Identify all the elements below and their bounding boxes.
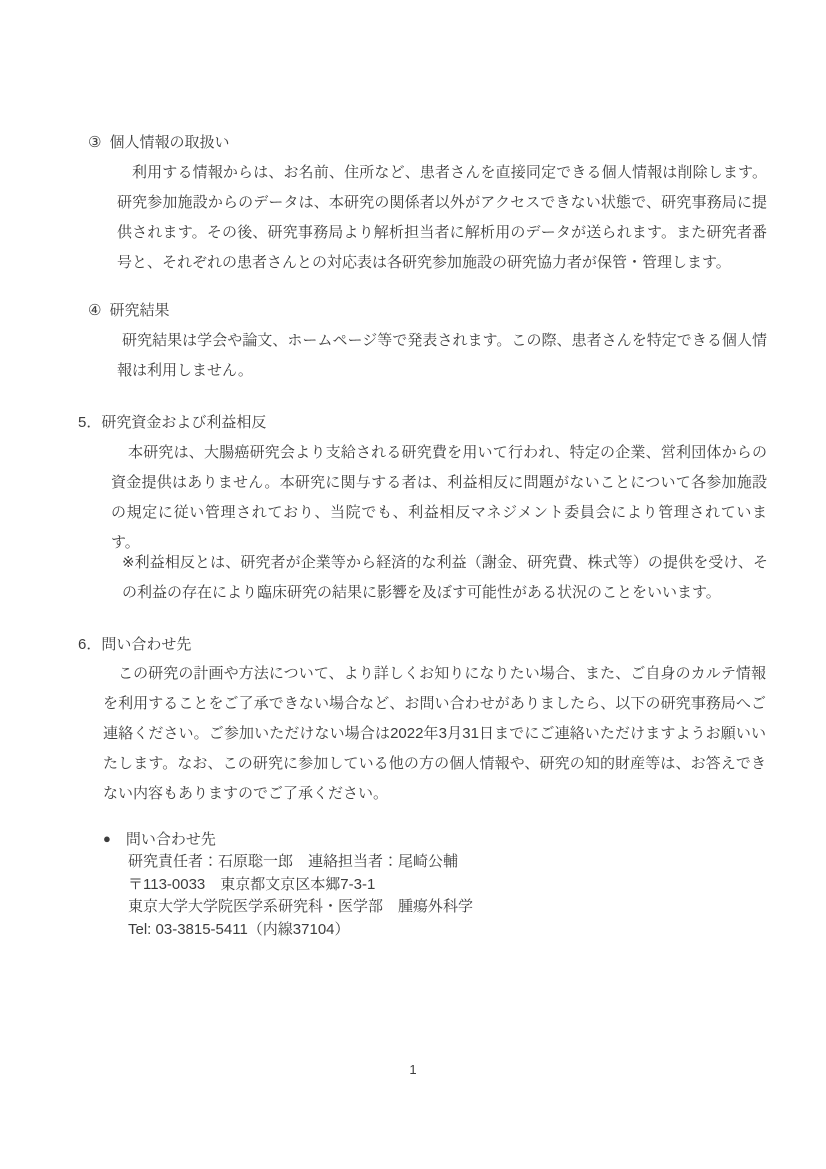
section-funding-title: 研究資金および利益相反 (101, 414, 266, 431)
section-personal-info-marker: ③ (88, 133, 101, 153)
page-number: 1 (0, 1062, 826, 1078)
document-page: ③個人情報の取扱い 利用する情報からは、お名前、住所など、患者さんを直接同定でき… (0, 0, 826, 1169)
section-inquiries-heading: 6．問い合わせ先 (78, 635, 191, 655)
section-personal-info-title: 個人情報の取扱い (109, 134, 229, 151)
section-results-body: 研究結果は学会や論文、ホームページ等で発表されます。この際、患者さんを特定できる… (117, 326, 767, 386)
section-inquiries-body: この研究の計画や方法について、より詳しくお知りになりたい場合、また、ご自身のカル… (103, 659, 766, 809)
section-funding-coi-note: ※利益相反とは、研究者が企業等から経済的な利益（謝金、研究費、株式等）の提供を受… (122, 548, 768, 608)
section-inquiries-title: 問い合わせ先 (101, 636, 191, 653)
section-results-heading: ④研究結果 (88, 301, 169, 321)
contact-line-address: 〒113-0033 東京都文京区本郷7-3-1 (128, 874, 473, 897)
contact-bullet-row: ●問い合わせ先 (103, 828, 216, 851)
section-results-title: 研究結果 (109, 302, 169, 319)
section-inquiries-marker: 6． (78, 636, 101, 653)
section-results-marker: ④ (88, 301, 101, 321)
contact-line-investigator: 研究責任者：石原聡一郎 連絡担当者：尾崎公輔 (128, 851, 473, 874)
bullet-icon: ● (103, 828, 111, 850)
contact-line-institution: 東京大学大学院医学系研究科・医学部 腫瘍外科学 (128, 896, 473, 919)
section-funding-heading: 5．研究資金および利益相反 (78, 413, 266, 433)
contact-block-title: 問い合わせ先 (126, 831, 216, 848)
contact-details: 研究責任者：石原聡一郎 連絡担当者：尾崎公輔 〒113-0033 東京都文京区本… (128, 851, 473, 941)
contact-line-phone: Tel: 03-3815-5411（内線37104） (128, 919, 473, 942)
section-personal-info-body: 利用する情報からは、お名前、住所など、患者さんを直接同定できる個人情報は削除しま… (117, 158, 767, 278)
section-funding-body: 本研究は、大腸癌研究会より支給される研究費を用いて行われ、特定の企業、営利団体か… (111, 438, 767, 558)
section-funding-marker: 5． (78, 414, 101, 431)
section-personal-info-heading: ③個人情報の取扱い (88, 133, 229, 153)
